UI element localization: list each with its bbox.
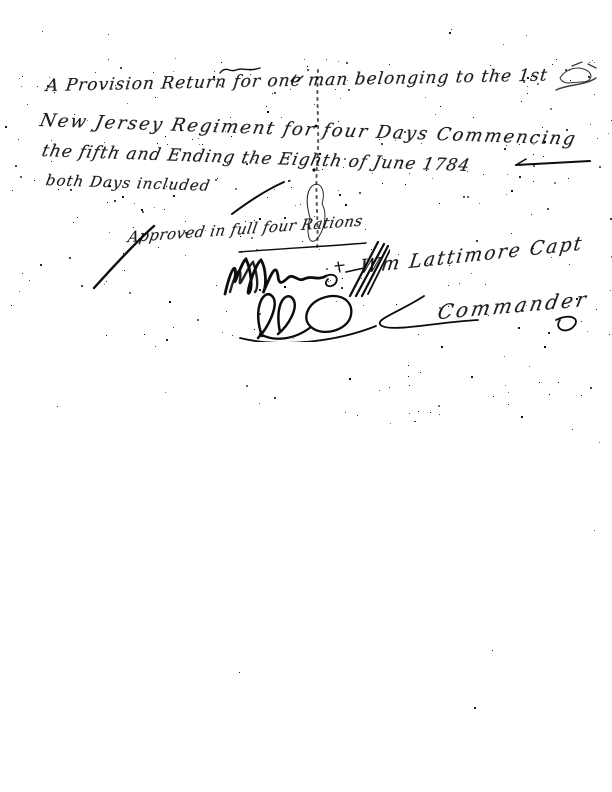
noise-speck bbox=[425, 97, 426, 98]
noise-speck bbox=[381, 143, 383, 145]
noise-speck bbox=[338, 61, 339, 62]
noise-speck bbox=[106, 335, 107, 336]
noise-speck bbox=[519, 176, 521, 178]
noise-speck bbox=[365, 229, 366, 230]
noise-speck bbox=[379, 390, 380, 391]
noise-speck bbox=[122, 196, 124, 198]
signature-right-name: Wm Lattimore Capt bbox=[358, 232, 584, 278]
noise-speck bbox=[274, 397, 276, 399]
noise-speck bbox=[345, 204, 347, 206]
noise-speck bbox=[471, 376, 473, 378]
noise-speck bbox=[527, 86, 528, 87]
noise-speck bbox=[439, 414, 440, 415]
noise-speck bbox=[521, 416, 523, 418]
noise-speck bbox=[154, 207, 155, 208]
noise-speck bbox=[527, 93, 528, 94]
noise-speck bbox=[246, 385, 248, 387]
noise-speck bbox=[114, 200, 116, 202]
noise-speck bbox=[266, 106, 267, 107]
noise-speck bbox=[346, 62, 348, 64]
noise-speck bbox=[389, 387, 390, 388]
noise-speck bbox=[418, 411, 419, 412]
noise-speck bbox=[405, 184, 406, 185]
noise-speck bbox=[21, 86, 22, 87]
noise-speck bbox=[467, 196, 469, 198]
noise-speck bbox=[69, 257, 71, 259]
noise-speck bbox=[185, 255, 186, 256]
noise-speck bbox=[216, 285, 217, 286]
noise-speck bbox=[448, 285, 449, 286]
noise-speck bbox=[507, 174, 508, 175]
handwriting-line-3: the fifth and Ending the Eighth of June … bbox=[40, 141, 472, 176]
noise-speck bbox=[11, 305, 12, 306]
noise-speck bbox=[415, 421, 416, 422]
noise-speck bbox=[192, 139, 193, 140]
noise-speck bbox=[73, 222, 74, 223]
noise-speck bbox=[215, 179, 217, 181]
noise-speck bbox=[185, 221, 186, 222]
noise-speck bbox=[251, 237, 253, 239]
noise-speck bbox=[506, 194, 507, 195]
noise-speck bbox=[529, 366, 530, 367]
noise-speck bbox=[539, 382, 540, 383]
noise-speck bbox=[533, 154, 534, 155]
noise-speck bbox=[596, 309, 597, 310]
noise-speck bbox=[291, 187, 292, 188]
noise-speck bbox=[483, 174, 484, 175]
noise-speck bbox=[503, 44, 504, 45]
noise-speck bbox=[95, 72, 96, 73]
noise-speck bbox=[441, 346, 443, 348]
noise-speck bbox=[449, 32, 451, 34]
noise-speck bbox=[508, 404, 509, 405]
noise-speck bbox=[340, 98, 341, 99]
ink-blot-mark bbox=[552, 60, 600, 98]
noise-speck bbox=[272, 93, 273, 94]
noise-speck bbox=[77, 217, 78, 218]
noise-speck bbox=[142, 211, 144, 213]
noise-speck bbox=[144, 334, 145, 335]
noise-speck bbox=[359, 192, 361, 194]
noise-speck bbox=[40, 264, 42, 266]
noise-speck bbox=[504, 148, 506, 150]
noise-speck bbox=[544, 346, 546, 348]
noise-speck bbox=[459, 283, 460, 284]
noise-speck bbox=[382, 183, 383, 184]
noise-speck bbox=[408, 365, 409, 366]
noise-speck bbox=[473, 117, 474, 118]
noise-speck bbox=[474, 707, 476, 709]
noise-speck bbox=[15, 165, 17, 167]
dash-stroke-mark bbox=[512, 156, 596, 176]
noise-speck bbox=[590, 124, 591, 125]
handwriting-line-4: both Days included bbox=[44, 171, 211, 195]
noise-speck bbox=[479, 203, 480, 204]
noise-speck bbox=[217, 178, 218, 179]
noise-speck bbox=[430, 412, 431, 413]
noise-speck bbox=[42, 31, 43, 32]
noise-speck bbox=[169, 301, 171, 303]
noise-speck bbox=[173, 327, 174, 328]
noise-speck bbox=[463, 196, 465, 198]
noise-speck bbox=[22, 76, 23, 77]
noise-speck bbox=[157, 143, 158, 144]
noise-speck bbox=[37, 86, 38, 87]
noise-speck bbox=[485, 284, 486, 285]
noise-speck bbox=[165, 392, 166, 393]
noise-speck bbox=[202, 144, 203, 145]
scanned-document-page: A Provision Return for one man belonging… bbox=[0, 0, 612, 792]
noise-speck bbox=[508, 392, 509, 393]
noise-speck bbox=[57, 406, 58, 407]
noise-speck bbox=[526, 35, 527, 36]
noise-speck bbox=[173, 195, 175, 197]
noise-speck bbox=[569, 264, 570, 265]
noise-speck bbox=[108, 34, 109, 35]
noise-speck bbox=[476, 240, 478, 242]
noise-speck bbox=[533, 181, 534, 182]
noise-speck bbox=[345, 412, 346, 413]
noise-speck bbox=[155, 97, 156, 98]
noise-speck bbox=[505, 385, 506, 386]
noise-speck bbox=[581, 395, 582, 396]
noise-speck bbox=[554, 182, 556, 184]
noise-speck bbox=[414, 421, 415, 422]
noise-speck bbox=[268, 112, 269, 113]
noise-speck bbox=[274, 92, 276, 94]
noise-speck bbox=[432, 178, 433, 179]
noise-speck bbox=[599, 442, 600, 443]
noise-speck bbox=[304, 59, 305, 60]
noise-speck bbox=[610, 290, 611, 291]
noise-speck bbox=[259, 403, 260, 404]
noise-speck bbox=[267, 111, 269, 113]
noise-speck bbox=[549, 394, 550, 395]
noise-speck bbox=[504, 356, 505, 357]
noise-speck bbox=[290, 180, 291, 181]
noise-speck bbox=[12, 190, 13, 191]
noise-speck bbox=[590, 387, 592, 389]
noise-speck bbox=[22, 273, 23, 274]
noise-speck bbox=[440, 106, 441, 107]
noise-speck bbox=[27, 104, 28, 105]
noise-speck bbox=[438, 405, 440, 407]
noise-speck bbox=[108, 59, 109, 60]
noise-speck bbox=[29, 280, 30, 281]
noise-speck bbox=[18, 139, 19, 140]
noise-speck bbox=[547, 208, 549, 210]
noise-speck bbox=[558, 382, 559, 383]
noise-speck bbox=[511, 233, 512, 234]
noise-speck bbox=[127, 103, 128, 104]
noise-speck bbox=[175, 58, 176, 59]
noise-speck bbox=[107, 202, 108, 203]
noise-speck bbox=[5, 126, 7, 128]
noise-speck bbox=[134, 203, 135, 204]
noise-speck bbox=[81, 285, 83, 287]
noise-speck bbox=[471, 273, 472, 274]
noise-speck bbox=[492, 650, 493, 651]
noise-speck bbox=[568, 178, 569, 179]
noise-speck bbox=[597, 138, 598, 139]
noise-speck bbox=[608, 133, 609, 134]
noise-speck bbox=[572, 429, 573, 430]
noise-speck bbox=[420, 372, 421, 373]
noise-speck bbox=[389, 64, 390, 65]
noise-speck bbox=[197, 319, 199, 321]
noise-speck bbox=[409, 385, 410, 386]
noise-speck bbox=[141, 209, 143, 211]
noise-speck bbox=[550, 108, 552, 110]
noise-speck bbox=[120, 67, 122, 69]
stray-slash-mark bbox=[228, 178, 288, 222]
noise-speck bbox=[599, 166, 601, 168]
noise-speck bbox=[164, 209, 165, 210]
noise-speck bbox=[511, 190, 513, 192]
noise-speck bbox=[531, 214, 532, 215]
noise-speck bbox=[357, 415, 358, 416]
noise-speck bbox=[349, 378, 351, 380]
noise-speck bbox=[338, 190, 339, 191]
noise-speck bbox=[390, 423, 391, 424]
noise-speck bbox=[409, 413, 410, 414]
noise-speck bbox=[435, 114, 436, 115]
noise-speck bbox=[339, 194, 341, 196]
noise-speck bbox=[326, 59, 327, 60]
noise-speck bbox=[226, 311, 227, 312]
noise-speck bbox=[173, 71, 174, 72]
noise-speck bbox=[19, 78, 20, 79]
noise-speck bbox=[34, 180, 35, 181]
noise-speck bbox=[521, 101, 522, 102]
noise-speck bbox=[372, 173, 373, 174]
noise-speck bbox=[165, 136, 166, 137]
noise-speck bbox=[493, 396, 494, 397]
noise-speck bbox=[594, 530, 595, 531]
noise-speck bbox=[199, 144, 200, 145]
noise-speck bbox=[222, 332, 223, 333]
noise-speck bbox=[408, 376, 409, 377]
noise-speck bbox=[288, 180, 290, 182]
noise-speck bbox=[239, 672, 240, 673]
noise-speck bbox=[20, 176, 22, 178]
noise-speck bbox=[609, 334, 610, 335]
noise-speck bbox=[166, 339, 168, 341]
noise-speck bbox=[610, 218, 612, 220]
noise-speck bbox=[19, 291, 20, 292]
noise-speck bbox=[451, 29, 452, 30]
noise-speck bbox=[439, 203, 440, 204]
noise-speck bbox=[155, 346, 156, 347]
noise-speck bbox=[198, 138, 199, 139]
